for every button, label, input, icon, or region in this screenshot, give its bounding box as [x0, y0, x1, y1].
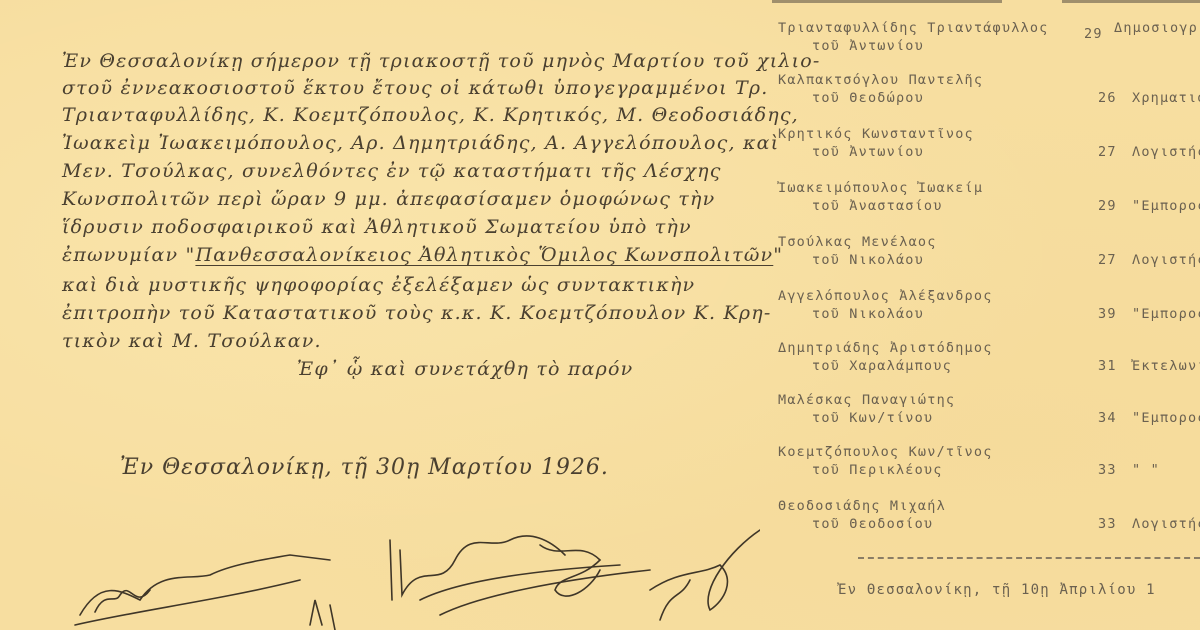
member-age: 29: [1098, 198, 1117, 214]
member-age: 34: [1098, 410, 1117, 426]
member-name: Κοεμτζόπουλος Κων/τῖνος: [778, 444, 993, 460]
header-underline: [1062, 0, 1200, 3]
member-name: Αγγελόπουλος Ἀλέξανδρος: [778, 288, 993, 304]
hand-line-club: ἐπωνυμίαν "Πανθεσσαλονίκειος Ἀθλητικὸς Ὅ…: [62, 244, 783, 266]
hand-line: ἐπιτροπὴν τοῦ Καταστατικοῦ τοὺς κ.κ. Κ. …: [62, 302, 772, 324]
member-occupation: " ": [1132, 462, 1160, 478]
member-name: Τριανταφυλλίδης Τριαντάφυλλος: [778, 20, 1049, 36]
member-father: τοῦ Νικολάου: [812, 252, 924, 268]
member-age: 33: [1098, 462, 1117, 478]
member-name: Θεοδοσιάδης Μιχαήλ: [778, 498, 946, 514]
member-entry: Μαλέσκας Παναγιώτης τοῦ Κων/τίνου 34 "Εμ…: [772, 392, 1200, 442]
handwritten-date: Ἐν Θεσσαλονίκῃ, τῇ 30ῃ Μαρτίου 1926.: [120, 455, 609, 480]
hand-line: Μεν. Τσούλκας, συνελθόντες ἐν τῷ καταστή…: [62, 160, 722, 182]
member-father: τοῦ Θεοδοσίου: [812, 516, 933, 532]
member-occupation: "Εμπορος: [1132, 306, 1200, 322]
member-age: 31: [1098, 358, 1117, 374]
member-name: Κρητικός Κωνσταντῖνος: [778, 126, 974, 142]
member-occupation: Δημοσιογρ: [1114, 20, 1198, 36]
member-entry: Ἰωακειμόπουλος Ἰωακείμ τοῦ Ἀναστασίου 29…: [772, 180, 1200, 230]
header-underline: [772, 0, 1002, 3]
member-father: τοῦ Ἀναστασίου: [812, 198, 943, 214]
member-father: τοῦ Κων/τίνου: [812, 410, 933, 426]
hand-line: Ἐν Θεσσαλονίκῃ σήμερον τῇ τριακοστῇ τοῦ …: [62, 50, 821, 72]
member-occupation: Λογιστής: [1132, 516, 1200, 532]
hand-text: ἐπωνυμίαν ": [62, 244, 195, 266]
member-entry: Τσούλκας Μενέλαος τοῦ Νικολάου 27 Λογιστ…: [772, 234, 1200, 284]
typed-date: Ἐν Θεσσαλονίκῃ, τῇ 10ῃ Ἀπριλίου 1: [838, 582, 1156, 598]
hand-line: Τριανταφυλλίδης, Κ. Κοεμτζόπουλος, Κ. Κρ…: [62, 104, 799, 126]
member-entry: Δημητριάδης Ἀριστόδημος τοῦ Χαραλάμπους …: [772, 340, 1200, 390]
hand-line: καὶ διὰ μυστικῆς ψηφοφορίας ἐξελέξαμεν ὡ…: [62, 274, 695, 296]
member-father: τοῦ Ἀντωνίου: [812, 38, 924, 54]
dashed-separator: [858, 557, 1200, 559]
hand-line: τικὸν καὶ Μ. Τσούλκαν.: [62, 330, 322, 352]
member-entry: Τριανταφυλλίδης Τριαντάφυλλος τοῦ Ἀντωνί…: [772, 20, 1200, 70]
member-name: Ἰωακειμόπουλος Ἰωακείμ: [778, 180, 983, 196]
member-occupation: Χρηματιστ: [1132, 90, 1200, 106]
hand-line: Κωνσπολιτῶν περὶ ὥραν 9 μμ. ἀπεφασίσαμεν…: [62, 188, 715, 210]
member-entry: Κοεμτζόπουλος Κων/τῖνος τοῦ Περικλέους 3…: [772, 444, 1200, 494]
member-father: τοῦ Θεοδώρου: [812, 90, 924, 106]
member-age: 27: [1098, 144, 1117, 160]
member-age: 33: [1098, 516, 1117, 532]
member-occupation: "Εμπορος: [1132, 410, 1200, 426]
member-age: 39: [1098, 306, 1117, 322]
hand-line: Ἐφ᾽ ᾧ καὶ συνετάχθη τὸ παρόν: [297, 358, 633, 380]
member-occupation: Λογιστής: [1132, 144, 1200, 160]
member-occupation: Λογιστής: [1132, 252, 1200, 268]
member-father: τοῦ Νικολάου: [812, 306, 924, 322]
club-name: Πανθεσσαλονίκειος Ἀθλητικὸς Ὅμιλος Κωνσπ…: [195, 244, 773, 266]
member-name: Τσούλκας Μενέλαος: [778, 234, 937, 250]
hand-line: στοῦ ἐννεακοσιοστοῦ ἕκτου ἔτους οἱ κάτωθ…: [62, 77, 768, 99]
member-occupation: Ἐκτελωνι: [1132, 358, 1200, 374]
member-name: Μαλέσκας Παναγιώτης: [778, 392, 955, 408]
member-entry: Θεοδοσιάδης Μιχαήλ τοῦ Θεοδοσίου 33 Λογι…: [772, 498, 1200, 548]
hand-line: ἵδρυσιν ποδοσφαιρικοῦ καὶ Ἀθλητικοῦ Σωμα…: [62, 216, 692, 238]
member-entry: Κρητικός Κωνσταντῖνος τοῦ Ἀντωνίου 27 Λο…: [772, 126, 1200, 176]
member-occupation: "Εμπορος: [1132, 198, 1200, 214]
member-entry: Καλπακτσόγλου Παντελῆς τοῦ Θεοδώρου 26 Χ…: [772, 72, 1200, 122]
member-entry: Αγγελόπουλος Ἀλέξανδρος τοῦ Νικολάου 39 …: [772, 288, 1200, 338]
member-father: τοῦ Χαραλάμπους: [812, 358, 952, 374]
signatures-icon: [60, 520, 760, 630]
member-father: τοῦ Ἀντωνίου: [812, 144, 924, 160]
member-age: 26: [1098, 90, 1117, 106]
member-father: τοῦ Περικλέους: [812, 462, 943, 478]
member-age: 29: [1084, 20, 1103, 36]
hand-line: Ἰωακεὶμ Ἰωακειμόπουλος, Αρ. Δημητριάδης,…: [62, 132, 779, 154]
member-name: Καλπακτσόγλου Παντελῆς: [778, 72, 983, 88]
member-name: Δημητριάδης Ἀριστόδημος: [778, 340, 993, 356]
member-age: 27: [1098, 252, 1117, 268]
